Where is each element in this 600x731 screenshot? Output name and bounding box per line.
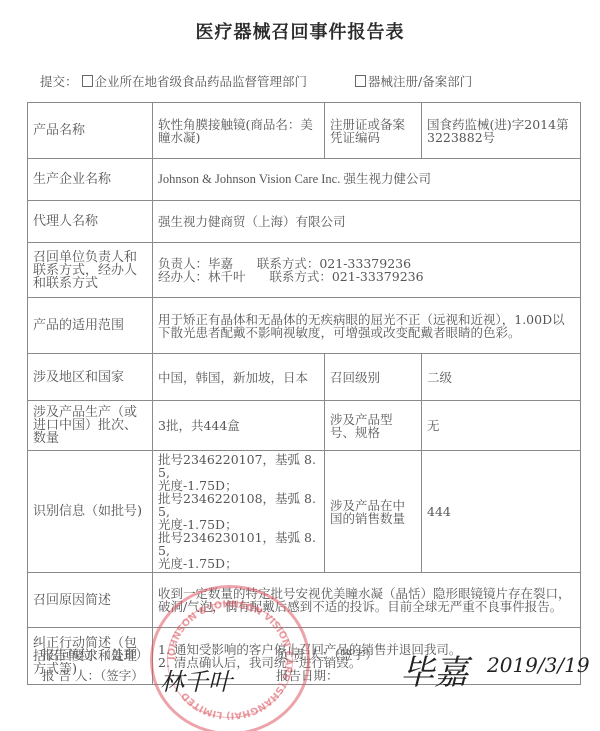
handwritten-date: 2019/3/19 bbox=[487, 653, 590, 677]
reason-value: 收到一定数量的特定批号安视优美瞳水凝（晶恬）隐形眼镜镜片存在裂口，破洞/气泡，偶… bbox=[153, 573, 581, 628]
reason-label: 召回原因简述 bbox=[28, 573, 153, 628]
ident-label: 识别信息（如批号) bbox=[28, 451, 153, 573]
batches-label: 涉及产品生产（或进口中国）批次、数量 bbox=[28, 401, 153, 451]
table-row: 召回原因简述 收到一定数量的特定批号安视优美瞳水凝（晶恬）隐形眼镜镜片存在裂口，… bbox=[28, 573, 581, 628]
ident-line: 批号2346230101，基弧 8.5, bbox=[158, 531, 319, 557]
report-date-label: 报告日期： bbox=[276, 666, 339, 684]
sales-value: 444 bbox=[422, 451, 581, 573]
table-row: 代理人名称 强生视力健商贸（上海）有限公司 bbox=[28, 201, 581, 243]
table-row: 生产企业名称 Johnson & Johnson Vision Care Inc… bbox=[28, 159, 581, 201]
recall-report-table: 产品名称 软性角膜接触镜(商品名：美瞳水凝) 注册证或备案凭证编码 国食药监械(… bbox=[27, 102, 581, 685]
ident-line: 批号2346220107，基弧 8.5, bbox=[158, 453, 319, 479]
submit-option-province[interactable]: 企业所在地省级食品药品监督管理部门 bbox=[82, 74, 312, 89]
scope-value: 用于矫正有晶体和无晶体的无疾病眼的屈光不正（远视和近视），1.00D以下散光患者… bbox=[153, 298, 581, 354]
reporter-signature: 林千叶 bbox=[160, 662, 232, 697]
checkbox-icon[interactable] bbox=[82, 75, 93, 87]
manufacturer-label: 生产企业名称 bbox=[28, 159, 153, 201]
submit-option-label: 器械注册/备案部门 bbox=[368, 74, 472, 89]
sales-label: 涉及产品在中国的销售数量 bbox=[325, 451, 422, 573]
reg-cert-value: 国食药监械(进)字2014第3223882号 bbox=[422, 103, 581, 159]
model-value: 无 bbox=[422, 401, 581, 451]
scope-label: 产品的适用范围 bbox=[28, 298, 153, 354]
table-row: 识别信息（如批号) 批号2346220107，基弧 8.5, 光度-1.75D；… bbox=[28, 451, 581, 573]
agent-value: 强生视力健商贸（上海）有限公司 bbox=[153, 201, 581, 243]
ident-line: 批号2346220108，基弧 8.5, bbox=[158, 492, 319, 518]
submit-option-registration[interactable]: 器械注册/备案部门 bbox=[355, 74, 472, 89]
recall-level-value: 二级 bbox=[422, 354, 581, 401]
recall-level-label: 召回级别 bbox=[325, 354, 422, 401]
ident-value: 批号2346220107，基弧 8.5, 光度-1.75D； 批号2346220… bbox=[153, 451, 325, 573]
ident-line: 光度-1.75D； bbox=[158, 557, 319, 570]
submit-line: 提交： 企业所在地省级食品药品监督管理部门 器械注册/备案部门 bbox=[40, 72, 516, 90]
responsible-label: 负 责 人：（签字） bbox=[276, 645, 378, 663]
manufacturer-value: Johnson & Johnson Vision Care Inc. 强生视力健… bbox=[153, 159, 581, 201]
table-row: 涉及地区和国家 中国，韩国，新加坡，日本 召回级别 二级 bbox=[28, 354, 581, 401]
submit-label: 提交： bbox=[40, 74, 78, 89]
checkbox-icon[interactable] bbox=[355, 75, 366, 87]
product-name-value: 软性角膜接触镜(商品名：美瞳水凝) bbox=[153, 103, 325, 159]
reg-cert-label: 注册证或备案凭证编码 bbox=[325, 103, 422, 159]
reporter-label: 报 告 人：（签字） bbox=[42, 666, 144, 684]
handler-contact: 经办人：林千叶 联系方式：021-33379236 bbox=[158, 270, 575, 283]
contact-label: 召回单位负责人和联系方式，经办人和联系方式 bbox=[28, 243, 153, 298]
agent-label: 代理人名称 bbox=[28, 201, 153, 243]
table-row: 召回单位负责人和联系方式，经办人和联系方式 负责人：毕嘉 联系方式：021-33… bbox=[28, 243, 581, 298]
table-row: 产品的适用范围 用于矫正有晶体和无晶体的无疾病眼的屈光不正（远视和近视），1.0… bbox=[28, 298, 581, 354]
model-label: 涉及产品型号、规格 bbox=[325, 401, 422, 451]
report-unit-label: 报告单位：（盖章） bbox=[42, 645, 148, 663]
regions-value: 中国，韩国，新加坡，日本 bbox=[153, 354, 325, 401]
submit-option-label: 企业所在地省级食品药品监督管理部门 bbox=[95, 74, 308, 89]
responsible-signature: 毕嘉 bbox=[400, 645, 468, 694]
regions-label: 涉及地区和国家 bbox=[28, 354, 153, 401]
contact-value: 负责人：毕嘉 联系方式：021-33379236 经办人：林千叶 联系方式：02… bbox=[153, 243, 581, 298]
document-title: 医疗器械召回事件报告表 bbox=[0, 18, 600, 44]
table-row: 产品名称 软性角膜接触镜(商品名：美瞳水凝) 注册证或备案凭证编码 国食药监械(… bbox=[28, 103, 581, 159]
batches-value: 3批，共444盒 bbox=[153, 401, 325, 451]
product-name-label: 产品名称 bbox=[28, 103, 153, 159]
table-row: 涉及产品生产（或进口中国）批次、数量 3批，共444盒 涉及产品型号、规格 无 bbox=[28, 401, 581, 451]
